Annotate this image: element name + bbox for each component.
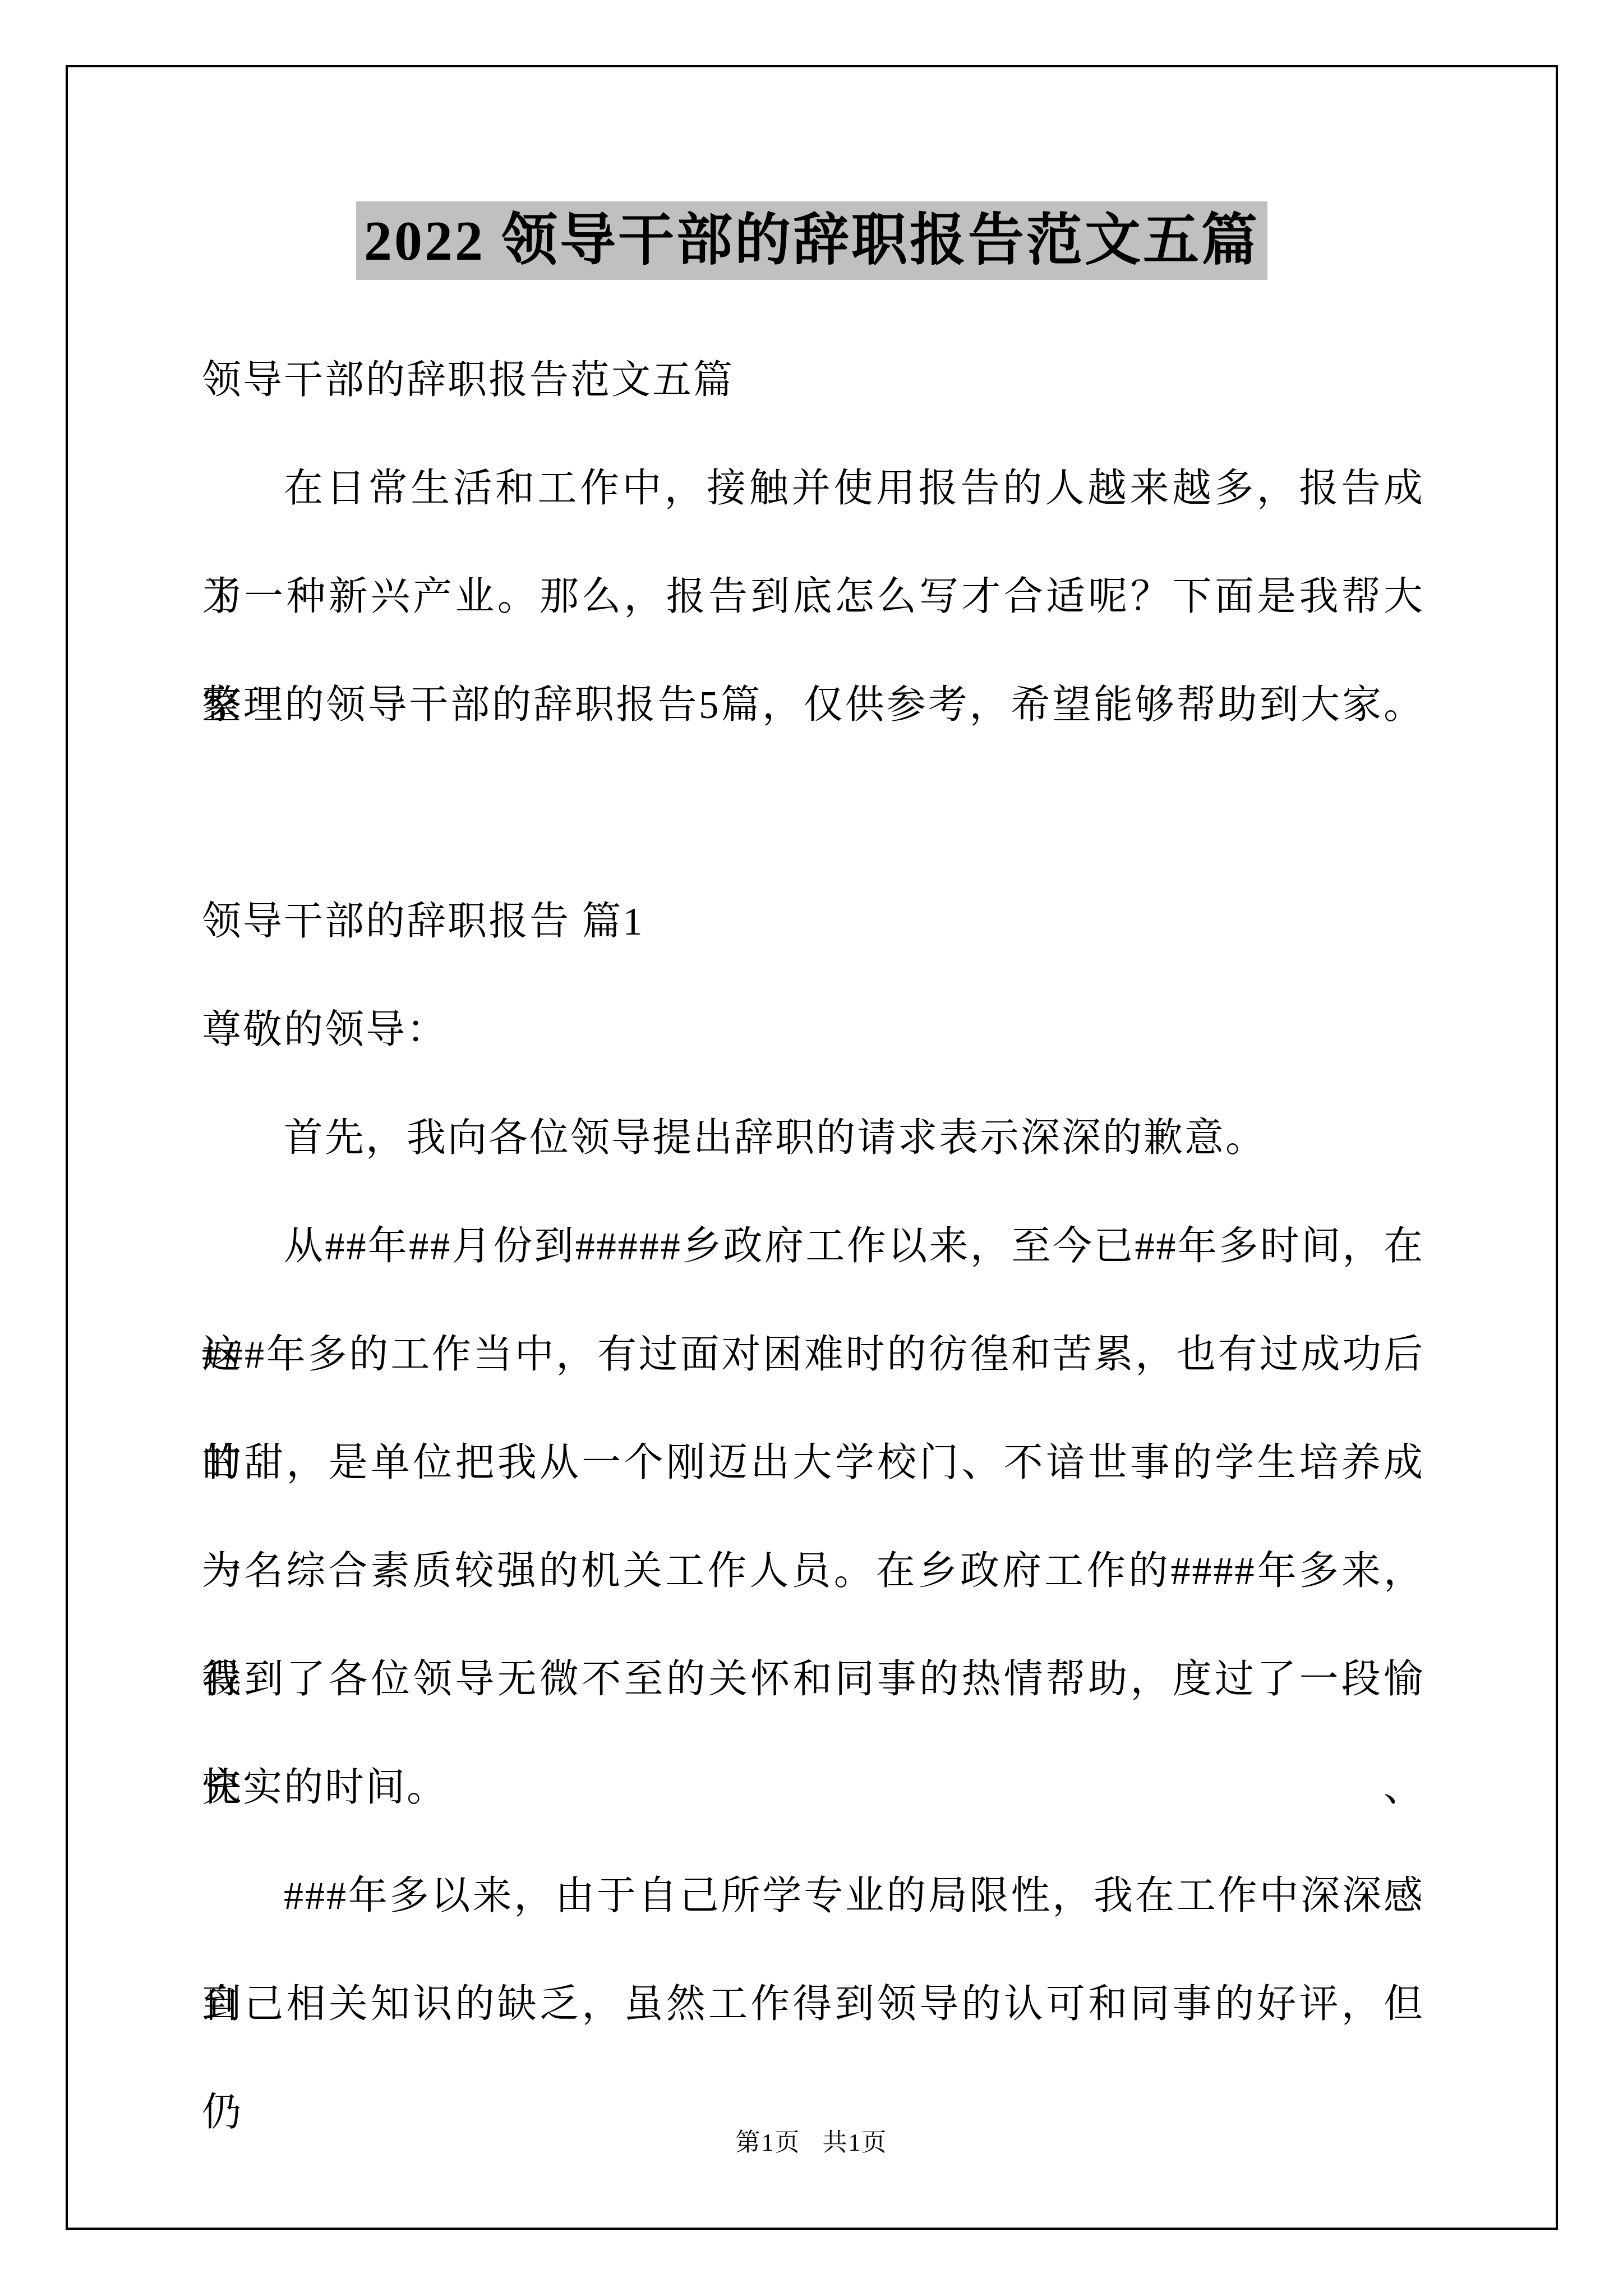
section-heading: 领导干部的辞职报告 篇1 xyxy=(202,868,1424,976)
title-row: 2022 领导干部的辞职报告范文五篇 xyxy=(66,201,1558,280)
intro-line-2: 了一种新兴产业。那么，报告到底怎么写才合适呢？下面是我帮大家 xyxy=(202,543,1424,651)
document-title: 2022 领导干部的辞职报告范文五篇 xyxy=(356,201,1267,280)
para2-line-4: 一名综合素质较强的机关工作人员。在乡政府工作的####年多来，我 xyxy=(202,1517,1424,1626)
page-footer: 第1页 共1页 xyxy=(0,2126,1623,2160)
intro-line-1: 在日常生活和工作中，接触并使用报告的人越来越多，报告成为 xyxy=(202,435,1424,543)
para3-line-2: 自己相关知识的缺乏，虽然工作得到领导的认可和同事的好评，但仍 xyxy=(202,1950,1424,2059)
page-number-text: 第1页 共1页 xyxy=(736,2129,888,2156)
blank-line xyxy=(202,760,1424,868)
intro-line-3: 整理的领导干部的辞职报告5篇，仅供参考，希望能够帮助到大家。 xyxy=(202,651,1424,760)
doc-subtitle-line: 领导干部的辞职报告范文五篇 xyxy=(202,326,1424,435)
document-page: 2022 领导干部的辞职报告范文五篇 领导干部的辞职报告范文五篇在日常生活和工作… xyxy=(0,0,1623,2296)
para2-line-3: 甘甜，是单位把我从一个刚迈出大学校门、不谙世事的学生培养成为 xyxy=(202,1409,1424,1517)
para2-line-5: 得到了各位领导无微不至的关怀和同事的热情帮助，度过了一段愉快、 xyxy=(202,1626,1424,1734)
para2-line-1: 从##年##月份到#####乡政府工作以来，至今已##年多时间，在这 xyxy=(202,1193,1424,1301)
salutation-line: 尊敬的领导： xyxy=(202,976,1424,1084)
para2-line-2: ###年多的工作当中，有过面对困难时的彷徨和苦累，也有过成功后的 xyxy=(202,1301,1424,1409)
para1-line-1: 首先，我向各位领导提出辞职的请求表示深深的歉意。 xyxy=(202,1084,1424,1193)
para3-line-1: ###年多以来，由于自己所学专业的局限性，我在工作中深深感到 xyxy=(202,1842,1424,1950)
document-body: 领导干部的辞职报告范文五篇在日常生活和工作中，接触并使用报告的人越来越多，报告成… xyxy=(202,326,1424,2059)
